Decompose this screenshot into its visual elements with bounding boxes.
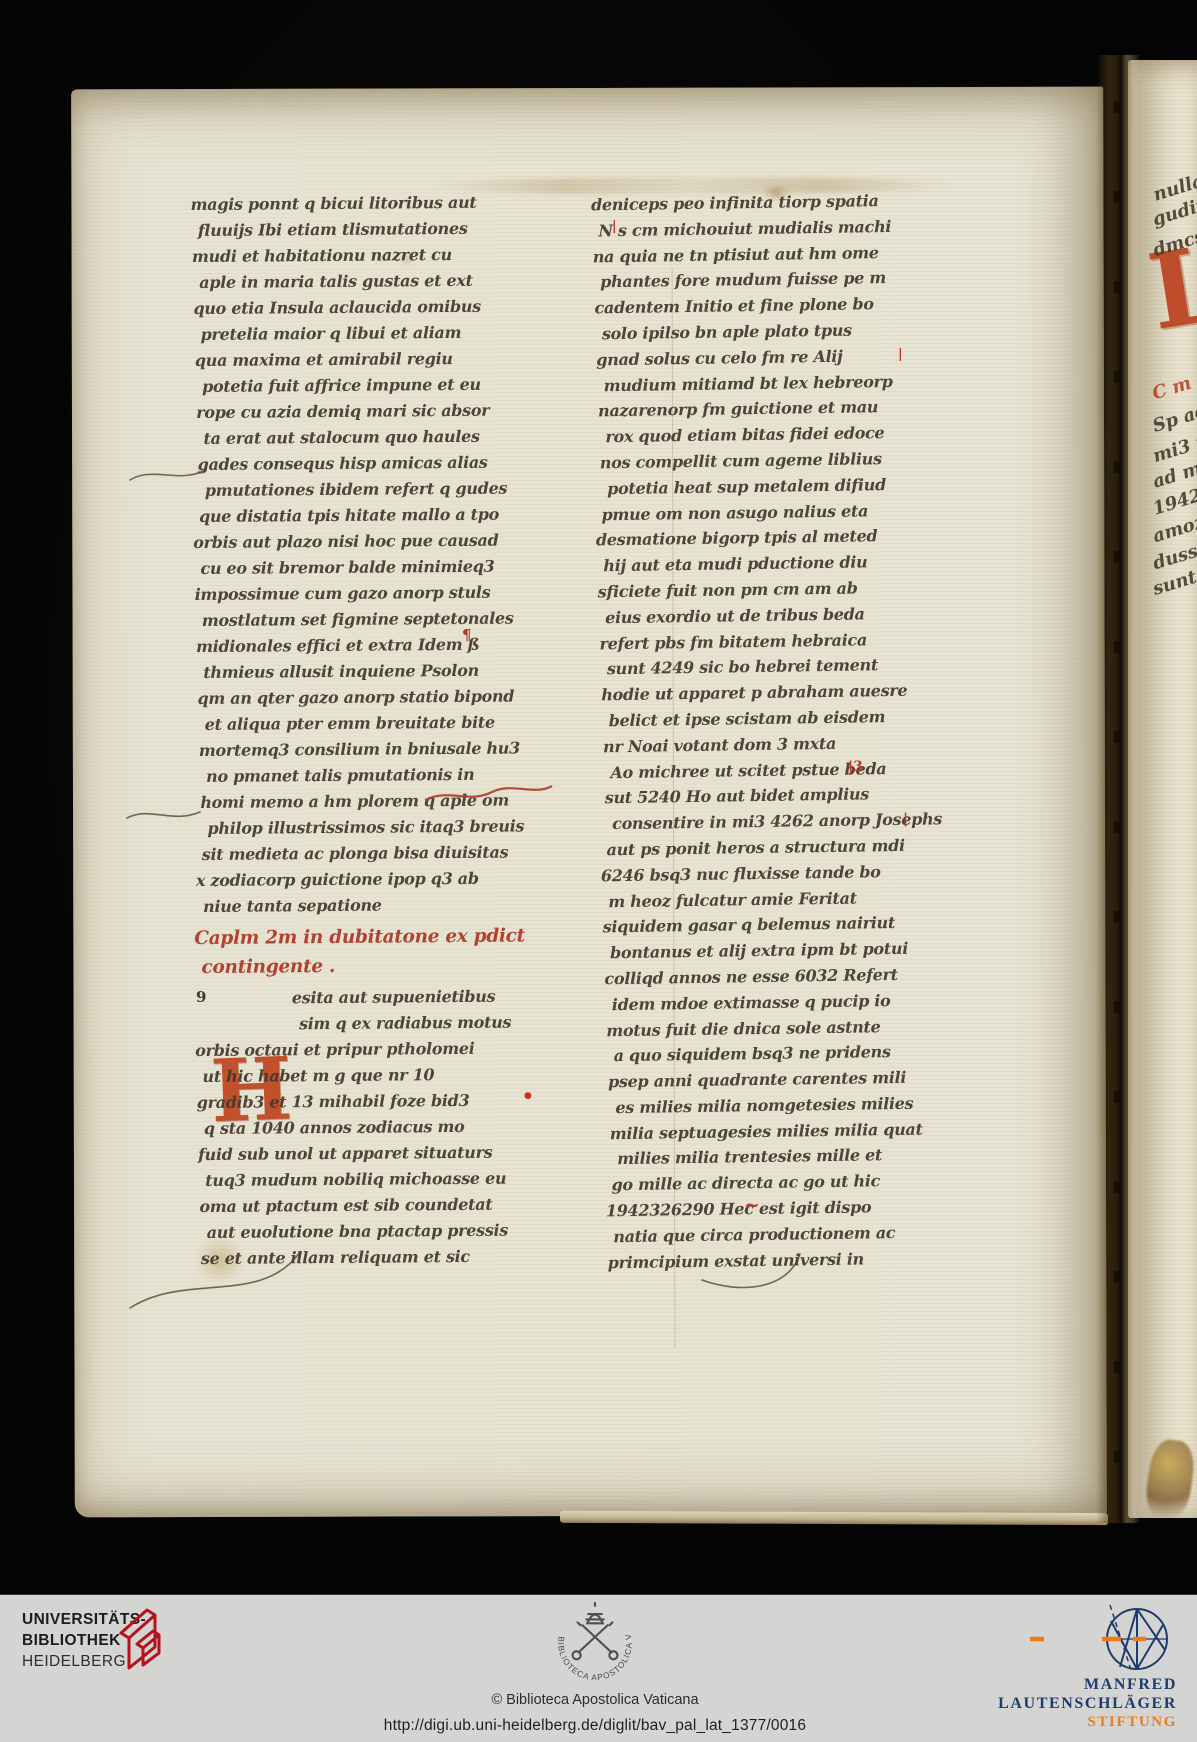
- vatican-attribution: BIBLIOTECA APOSTOLICA VATICANA © Bibliot…: [445, 1595, 745, 1699]
- binding-gutter: [1096, 55, 1140, 1523]
- manuscript-text-line: aple in maria talis gustas et ext: [199, 267, 564, 296]
- manuscript-text-line: midionales effici et extra Idem ß: [196, 631, 561, 660]
- manuscript-text-line: pretelia maior q libui et aliam: [201, 319, 566, 348]
- manuscript-text-line: qm an qter gazo anorp statio bipond: [197, 683, 562, 712]
- manuscript-text-line: oma ut ptactum est sib coundetat: [199, 1191, 579, 1220]
- book-block-edge: [560, 1511, 1108, 1525]
- manuscript-text-line: tuq3 mudum nobiliq michoasse eu: [205, 1165, 585, 1194]
- manuscript-text-line: sit medieta ac plonga bisa diuisitas: [202, 839, 567, 868]
- facing-page-text-fragment: Sp ad: [1150, 400, 1197, 436]
- scan-viewport: magis ponnt q bicui litoribus autfluuijs…: [0, 0, 1197, 1742]
- manuscript-page: magis ponnt q bicui litoribus autfluuijs…: [71, 87, 1107, 1518]
- persistent-url: http://digi.ub.uni-heidelberg.de/diglit/…: [0, 1717, 1190, 1735]
- manuscript-text-line: et aliqua pter emm breuitate bite: [205, 709, 570, 738]
- manuscript-text-line: q sta 1040 annos zodiacus mo: [204, 1113, 584, 1142]
- manuscript-text-line: contingente .: [201, 950, 581, 982]
- foundation-name-line1: MANFRED: [998, 1675, 1177, 1694]
- rubrication-mark: ¶: [462, 628, 472, 643]
- manuscript-text-line: cu eo sit bremor balde minimieq3: [200, 553, 565, 582]
- manuscript-text-line: philop illustrissimos sic itaq3 breuis: [207, 813, 572, 842]
- rubrication-mark: |: [903, 812, 908, 826]
- manuscript-text-line: ut hic habet m g que nr 10: [202, 1061, 582, 1090]
- facing-page-text-fragment: C m: [1150, 373, 1194, 405]
- manuscript-text-line: sim q ex radiabus motus: [201, 1009, 581, 1038]
- manuscript-text-line: esita aut supuenietibus: [194, 983, 574, 1012]
- manuscript-text-line: homi memo a hm plorem q aple om: [200, 787, 565, 816]
- manuscript-text-line: fluuijs Ibi etiam tlismutationes: [198, 215, 563, 244]
- right-text-column: deniceps peo infinita tiorp spatiaN s cm…: [597, 187, 993, 1276]
- manuscript-text-line: niue tanta sepatione: [203, 891, 568, 920]
- manuscript-text-line: orbis octaui et pripur ptholomei: [195, 1035, 575, 1064]
- manuscript-text-line: rope cu azia demiq mari sic absor: [196, 397, 561, 426]
- manuscript-text-line: mudi et habitationu nazret cu: [192, 241, 557, 270]
- rubrication-mark: ●: [524, 1092, 532, 1101]
- manuscript-text-line: gradib3 et 13 mihabil foze bid3: [197, 1087, 577, 1116]
- manuscript-text-line: gades consequs hisp amicas alias: [198, 449, 563, 478]
- left-text-column-block2: esita aut supuenietibussim q ex radiabus…: [200, 983, 582, 1272]
- vatican-seal-icon: BIBLIOTECA APOSTOLICA VATICANA: [545, 1602, 645, 1694]
- manuscript-text-line: no pmanet talis pmutationis in: [206, 761, 571, 790]
- manuscript-text-line: magis ponnt q bicui litoribus aut: [190, 189, 555, 218]
- manuscript-text-line: potetia fuit affrice impune et eu: [202, 371, 567, 400]
- manuscript-text-line: que distatia tpis hitate mallo a tpo: [199, 501, 564, 530]
- manuscript-text-line: ta erat aut stalocum quo haules: [203, 423, 568, 452]
- manuscript-text-line: aut euolutione bna ptactap pressis: [207, 1217, 587, 1246]
- left-text-column: magis ponnt q bicui litoribus autfluuijs…: [196, 189, 567, 920]
- manuscript-text-line: x zodiacorp guictione ipop q3 ab: [196, 865, 561, 894]
- manuscript-text-line: se et ante illam reliquam et sic: [201, 1243, 581, 1272]
- manuscript-text-line: fuid sub unol ut apparet situaturs: [198, 1139, 578, 1168]
- manuscript-text-line: orbis aut plazo nisi hoc pue causad: [193, 527, 558, 556]
- rubrication-mark: |: [612, 220, 617, 233]
- rubrication-mark: |: [898, 348, 903, 361]
- manuscript-text-line: mortemq3 consilium in bniusale hu3: [199, 735, 564, 764]
- manuscript-text-line: pmutationes ibidem refert q gudes: [205, 475, 570, 504]
- manuscript-text-line: qua maxima et amirabil regiu: [195, 345, 560, 374]
- manuscript-text-line: impossimue cum gazo anorp stuls: [195, 579, 560, 608]
- library-books-icon: [118, 1603, 170, 1675]
- manuscript-text-line: thmieus allusit inquiene Psolon: [203, 657, 568, 686]
- manuscript-text-line: primcipium exstat universi in: [607, 1244, 987, 1275]
- rubrication-mark: ~: [744, 1196, 760, 1215]
- rubrication-mark: |3: [848, 760, 863, 774]
- manuscript-text-line: quo etia Insula aclaucida omibus: [193, 293, 558, 322]
- footer-bar: UNIVERSITÄTS- BIBLIOTHEK HEIDELBERG: [0, 1594, 1197, 1742]
- foundation-name-line2: LAUTENSCHLÄGER: [998, 1694, 1177, 1713]
- foundation-globe-icon: [1022, 1603, 1182, 1675]
- rubrication-mark: 9: [196, 990, 206, 1005]
- manuscript-text-line: Caplm 2m in dubitatone ex pdict: [194, 921, 574, 953]
- manuscript-text-line: mostlatum set figmine septetonales: [202, 605, 567, 634]
- chapter-rubric: Caplm 2m in dubitatone ex pdictcontingen…: [200, 921, 580, 982]
- copyright-line: © Biblioteca Apostolica Vaticana: [445, 1692, 745, 1708]
